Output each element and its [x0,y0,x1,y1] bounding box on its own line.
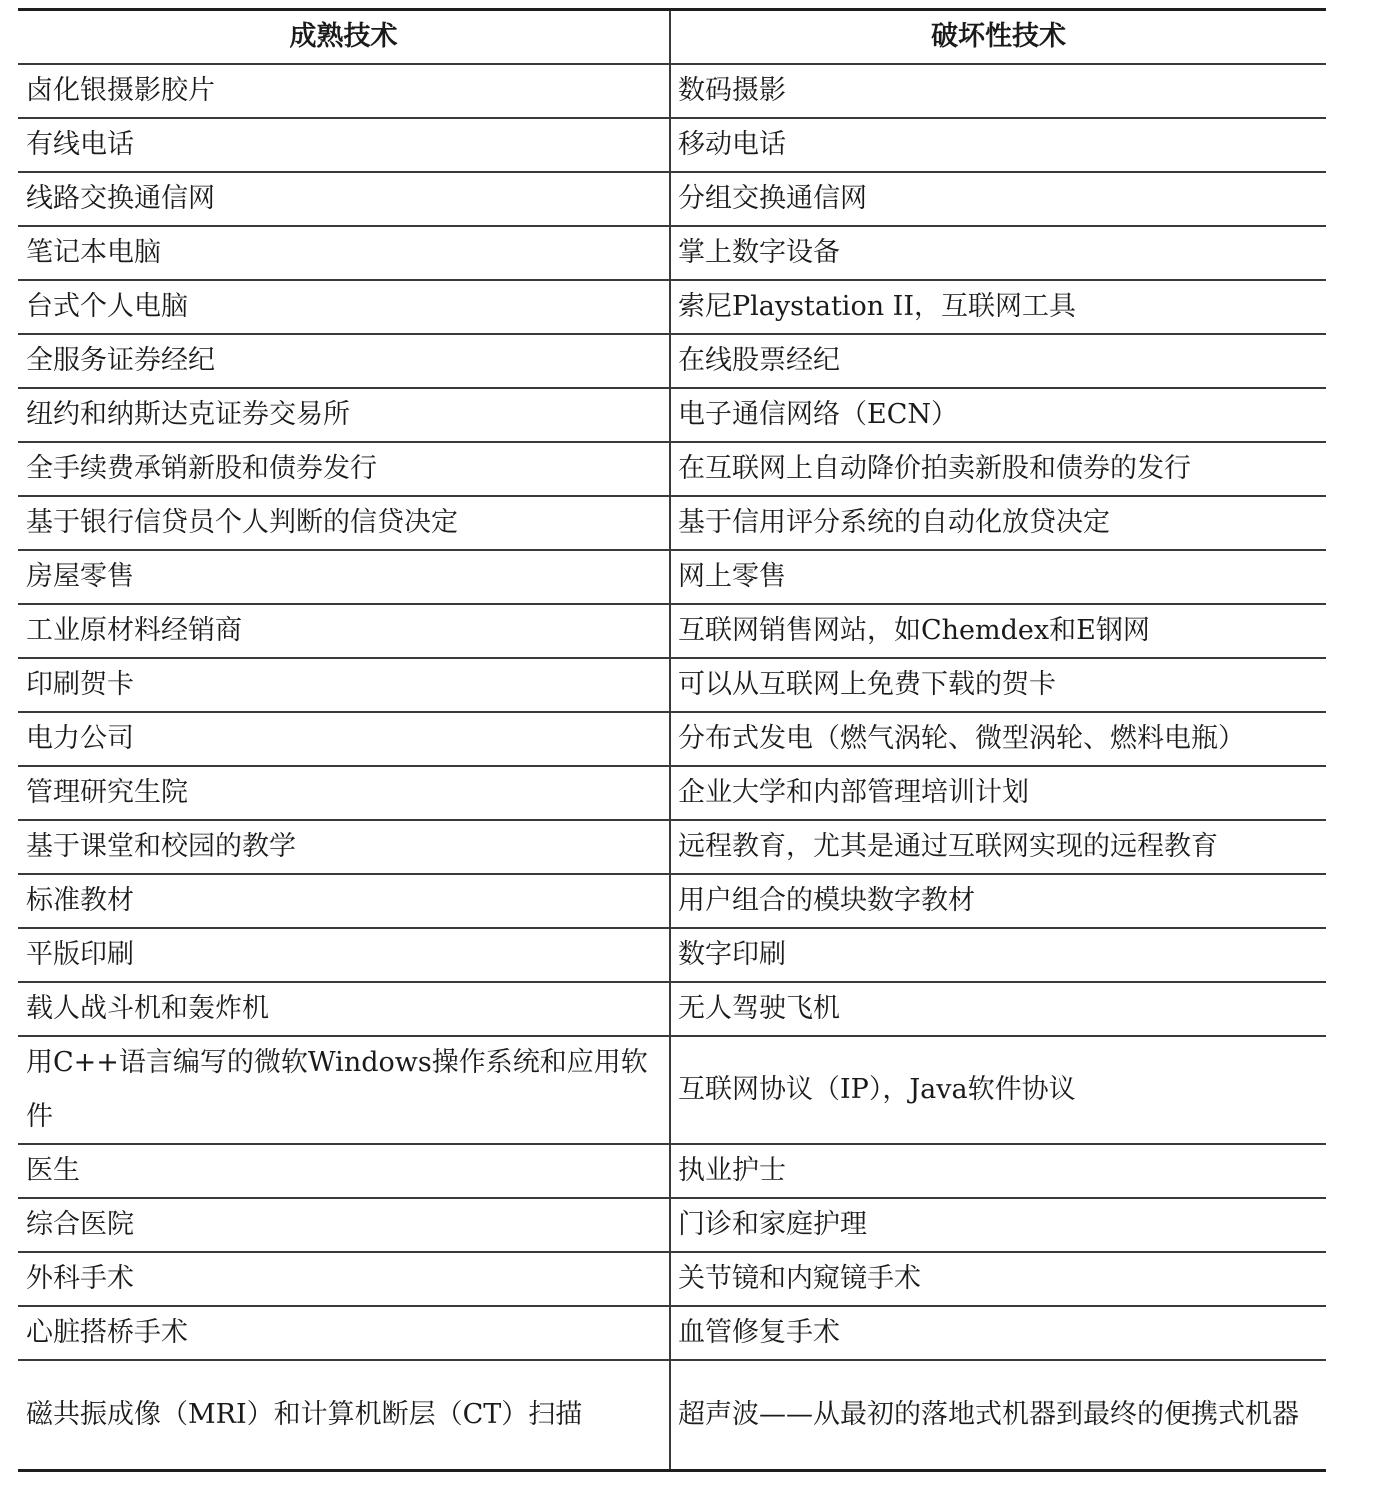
disruptive-cell: 企业大学和内部管理培训计划 [671,767,1326,819]
table-row: 工业原材料经销商互联网销售网站，如Chemdex和E钢网 [18,605,1326,659]
comparison-table: 成熟技术 破坏性技术 卤化银摄影胶片数码摄影 有线电话移动电话 线路交换通信网分… [18,8,1326,1472]
mature-cell: 用C++语言编写的微软Windows操作系统和应用软件 [18,1037,671,1143]
mature-cell: 台式个人电脑 [18,281,671,333]
disruptive-cell: 门诊和家庭护理 [671,1199,1326,1251]
table-row: 心脏搭桥手术血管修复手术 [18,1307,1326,1361]
table-row: 房屋零售网上零售 [18,551,1326,605]
mature-cell: 基于课堂和校园的教学 [18,821,671,873]
table-row: 卤化银摄影胶片数码摄影 [18,65,1326,119]
disruptive-cell: 可以从互联网上免费下载的贺卡 [671,659,1326,711]
disruptive-cell: 执业护士 [671,1145,1326,1197]
mature-cell: 工业原材料经销商 [18,605,671,657]
disruptive-cell: 血管修复手术 [671,1307,1326,1359]
disruptive-cell: 无人驾驶飞机 [671,983,1326,1035]
table-row: 线路交换通信网分组交换通信网 [18,173,1326,227]
mature-cell: 医生 [18,1145,671,1197]
table-row: 平版印刷数字印刷 [18,929,1326,983]
table-row: 外科手术关节镜和内窥镜手术 [18,1253,1326,1307]
disruptive-cell: 移动电话 [671,119,1326,171]
disruptive-cell: 数字印刷 [671,929,1326,981]
mature-cell: 房屋零售 [18,551,671,603]
disruptive-cell: 分组交换通信网 [671,173,1326,225]
disruptive-cell: 数码摄影 [671,65,1326,117]
table-row: 全服务证券经纪在线股票经纪 [18,335,1326,389]
mature-cell: 卤化银摄影胶片 [18,65,671,117]
table-row: 笔记本电脑掌上数字设备 [18,227,1326,281]
table-row: 医生执业护士 [18,1145,1326,1199]
mature-cell: 线路交换通信网 [18,173,671,225]
header-disruptive-technology: 破坏性技术 [671,11,1326,63]
disruptive-cell: 超声波——从最初的落地式机器到最终的便携式机器 [671,1361,1326,1469]
table-row: 全手续费承销新股和债券发行在互联网上自动降价拍卖新股和债券的发行 [18,443,1326,497]
mature-cell: 心脏搭桥手术 [18,1307,671,1359]
disruptive-cell: 网上零售 [671,551,1326,603]
table-row: 用C++语言编写的微软Windows操作系统和应用软件互联网协议（IP），Jav… [18,1037,1326,1145]
mature-cell: 标准教材 [18,875,671,927]
table-row: 综合医院门诊和家庭护理 [18,1199,1326,1253]
mature-cell: 综合医院 [18,1199,671,1251]
disruptive-cell: 互联网销售网站，如Chemdex和E钢网 [671,605,1326,657]
table-header-row: 成熟技术 破坏性技术 [18,11,1326,65]
disruptive-cell: 在线股票经纪 [671,335,1326,387]
table-row: 基于银行信贷员个人判断的信贷决定基于信用评分系统的自动化放贷决定 [18,497,1326,551]
disruptive-cell: 在互联网上自动降价拍卖新股和债券的发行 [671,443,1326,495]
table-row: 印刷贺卡可以从互联网上免费下载的贺卡 [18,659,1326,713]
mature-cell: 平版印刷 [18,929,671,981]
mature-cell: 印刷贺卡 [18,659,671,711]
disruptive-cell: 基于信用评分系统的自动化放贷决定 [671,497,1326,549]
table-row: 基于课堂和校园的教学远程教育，尤其是通过互联网实现的远程教育 [18,821,1326,875]
table-row: 磁共振成像（MRI）和计算机断层（CT）扫描超声波——从最初的落地式机器到最终的… [18,1361,1326,1469]
mature-cell: 磁共振成像（MRI）和计算机断层（CT）扫描 [18,1361,671,1469]
disruptive-cell: 关节镜和内窥镜手术 [671,1253,1326,1305]
table-row: 台式个人电脑索尼Playstation II，互联网工具 [18,281,1326,335]
mature-cell: 外科手术 [18,1253,671,1305]
table-row: 纽约和纳斯达克证券交易所电子通信网络（ECN） [18,389,1326,443]
mature-cell: 电力公司 [18,713,671,765]
disruptive-cell: 电子通信网络（ECN） [671,389,1326,441]
table-row: 电力公司分布式发电（燃气涡轮、微型涡轮、燃料电瓶） [18,713,1326,767]
mature-cell: 载人战斗机和轰炸机 [18,983,671,1035]
disruptive-cell: 索尼Playstation II，互联网工具 [671,281,1326,333]
table-row: 载人战斗机和轰炸机无人驾驶飞机 [18,983,1326,1037]
disruptive-cell: 用户组合的模块数字教材 [671,875,1326,927]
disruptive-cell: 互联网协议（IP），Java软件协议 [671,1037,1326,1143]
mature-cell: 管理研究生院 [18,767,671,819]
table-row: 有线电话移动电话 [18,119,1326,173]
table-row: 标准教材用户组合的模块数字教材 [18,875,1326,929]
disruptive-cell: 分布式发电（燃气涡轮、微型涡轮、燃料电瓶） [671,713,1326,765]
mature-cell: 有线电话 [18,119,671,171]
mature-cell: 全手续费承销新股和债券发行 [18,443,671,495]
mature-cell: 全服务证券经纪 [18,335,671,387]
header-mature-technology: 成熟技术 [18,11,671,63]
mature-cell: 纽约和纳斯达克证券交易所 [18,389,671,441]
mature-cell: 基于银行信贷员个人判断的信贷决定 [18,497,671,549]
disruptive-cell: 远程教育，尤其是通过互联网实现的远程教育 [671,821,1326,873]
disruptive-cell: 掌上数字设备 [671,227,1326,279]
table-row: 管理研究生院企业大学和内部管理培训计划 [18,767,1326,821]
mature-cell: 笔记本电脑 [18,227,671,279]
